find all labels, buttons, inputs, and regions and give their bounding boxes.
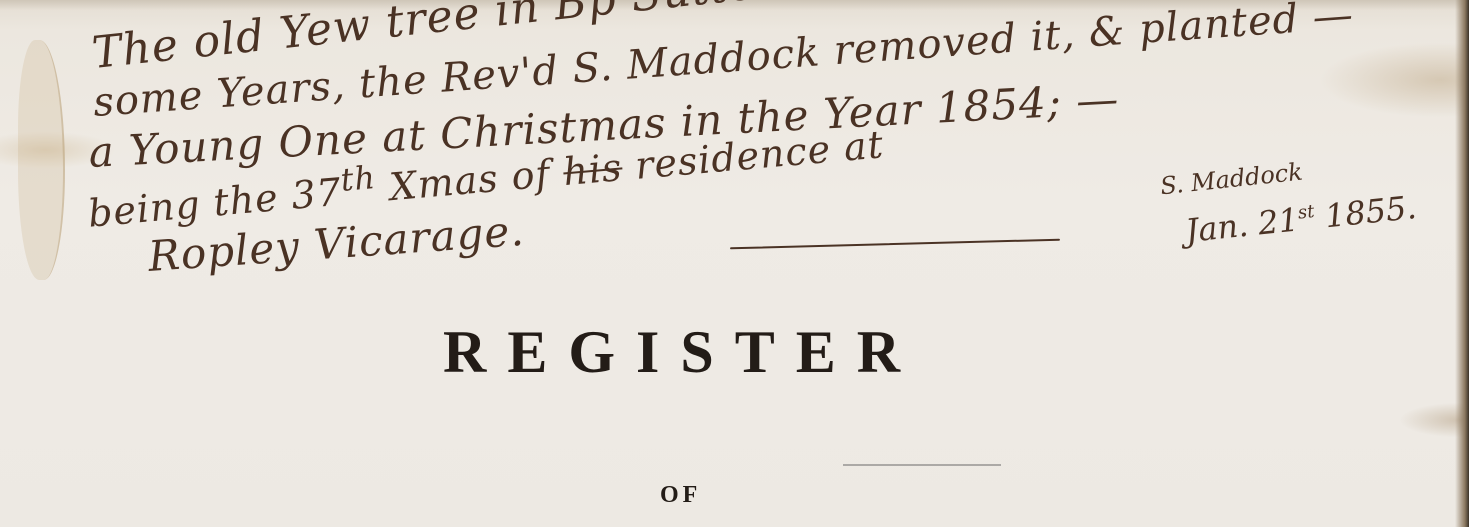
signature-date: Jan. 21st 1855.	[1184, 188, 1419, 250]
date-main: Jan. 21	[1184, 200, 1301, 250]
document-page: The old Yew tree in Bp Sutton Church yar…	[0, 0, 1469, 527]
page-right-edge-binding	[1455, 0, 1469, 527]
ink-underline-rule	[730, 239, 1060, 250]
printed-title: REGISTER	[443, 318, 921, 387]
water-stain	[18, 40, 65, 280]
pencil-mark	[843, 464, 1001, 466]
struck-word: his	[561, 145, 624, 194]
line4-middle: Xmas of	[375, 150, 566, 210]
line4-superscript: th	[339, 160, 377, 199]
signature: S. Maddock	[1159, 158, 1304, 201]
date-year: 1855.	[1313, 188, 1418, 236]
printed-subtitle: OF	[660, 482, 701, 509]
